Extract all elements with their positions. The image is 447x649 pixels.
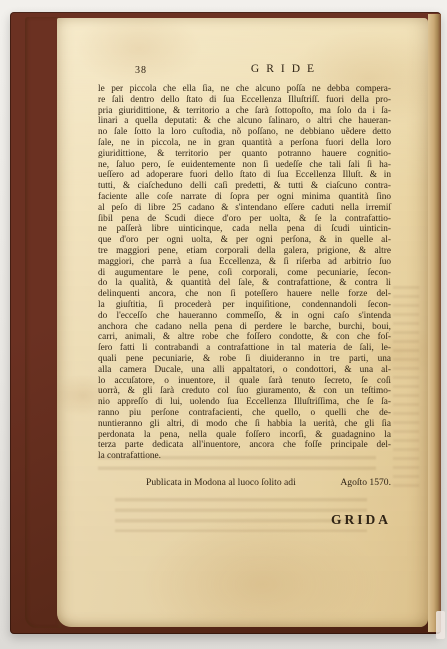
body-text-line: ranno piu perſone contrafacienti, che qu… xyxy=(98,408,391,419)
body-text-line: al peſo di libre 25 cadano & s'intendano… xyxy=(98,203,391,214)
publication-place: Publicata in Modona al luoco ſolito adi xyxy=(146,477,296,488)
publication-line: Publicata in Modona al luoco ſolito adi … xyxy=(98,477,391,488)
body-text-line: quali pene pecuniarie, & robe ſi diuider… xyxy=(98,354,391,365)
page-number: 38 xyxy=(135,65,147,76)
facing-page-sliver xyxy=(436,611,445,639)
body-text-line: ſale, ne in piccola, ne in gran quantità… xyxy=(98,138,391,149)
body-text-line: no ſale ſotto la loro cuſtodia, nõ poſſa… xyxy=(98,127,391,138)
page-edges-stack xyxy=(25,17,61,628)
body-text-line: ne paſſerà libre uinticinque, cada nella… xyxy=(98,224,391,235)
body-text-line: anchora che cadano nella pena di perdere… xyxy=(98,322,391,333)
publication-date: Agoſto 1570. xyxy=(340,477,391,488)
body-text-line: linari a quella deputati: & che alcuno ſ… xyxy=(98,116,391,127)
body-text-line: tutti, & ciaſcheduno delli caſi predetti… xyxy=(98,181,391,192)
body-text-line: nio appreſſo di lui, uolendo ſua Eccelle… xyxy=(98,397,391,408)
body-text-line: delinquenti ancora, che non ſi poteſſero… xyxy=(98,289,391,300)
body-text-line: terza parte dedicata all'inuentore, anco… xyxy=(98,440,391,451)
body-text-line: giuridittione, & territorio per quanto p… xyxy=(98,149,391,160)
body-text-line: maggiori, che parrà a ſua Eccellenza, & … xyxy=(98,257,391,268)
body-text-line: re ſali dentro dello ſtato di ſua Eccell… xyxy=(98,95,391,106)
body-text-line: faciente alle coſe narrate di ſopra per … xyxy=(98,192,391,203)
body-text-line: di augumentare le pene, coſi corporali, … xyxy=(98,268,391,279)
body-text-line: ueſſero ad adoperare fuori dello ſtato d… xyxy=(98,170,391,181)
body-text-line: que d'oro per ogni uolta, & per ogni per… xyxy=(98,235,391,246)
body-text-line: alla camera Ducale, una alli appaltatori… xyxy=(98,365,391,376)
body-text-line: nuntieranno gli altri, di modo che ſi ha… xyxy=(98,419,391,430)
show-through-text xyxy=(393,286,419,491)
catchword: GRIDA xyxy=(98,512,391,528)
body-text-line: perdonata la pena, nella quale foſſero i… xyxy=(98,430,391,441)
body-text: le per piccola che ella ſia, ne che alcu… xyxy=(98,84,391,462)
photo-background: 38 GRIDE le per piccola che ella ſia, ne… xyxy=(0,0,447,649)
running-title: GRIDE xyxy=(217,63,348,75)
body-text-line: ſibil pena de Scudi diece d'oro per uolt… xyxy=(98,214,391,225)
body-text-line: do l'ecceſſo che haueranno commeſſo, & i… xyxy=(98,311,391,322)
body-text-line: la giuſtitia, ſi procederà per inquiſiti… xyxy=(98,300,391,311)
body-text-line: pria giuridittione, & territorio a che ſ… xyxy=(98,106,391,117)
gutter-page-curve xyxy=(428,14,441,632)
body-text-line: carri, animali, & altre robe che foſſero… xyxy=(98,332,391,343)
body-text-line: do la qualità, & quantità del ſale, & co… xyxy=(98,278,391,289)
body-text-line: lo accuſatore, o inuentore, il quale ſar… xyxy=(98,376,391,387)
body-text-line: tre maggiori pene, etiam corporali della… xyxy=(98,246,391,257)
body-text-line: ne, ſaluo pero, ſe euidentemente non ſi … xyxy=(98,160,391,171)
body-text-line: uorrà, & gli ſarà creduto col ſuo giuram… xyxy=(98,386,391,397)
body-text-line: ſero fatti li contrabandi a contrafattio… xyxy=(98,343,391,354)
body-text-line: le per piccola che ella ſia, ne che alcu… xyxy=(98,84,391,95)
body-text-line: la contrafattione. xyxy=(98,451,391,462)
book-page: 38 GRIDE le per piccola che ella ſia, ne… xyxy=(57,18,428,627)
